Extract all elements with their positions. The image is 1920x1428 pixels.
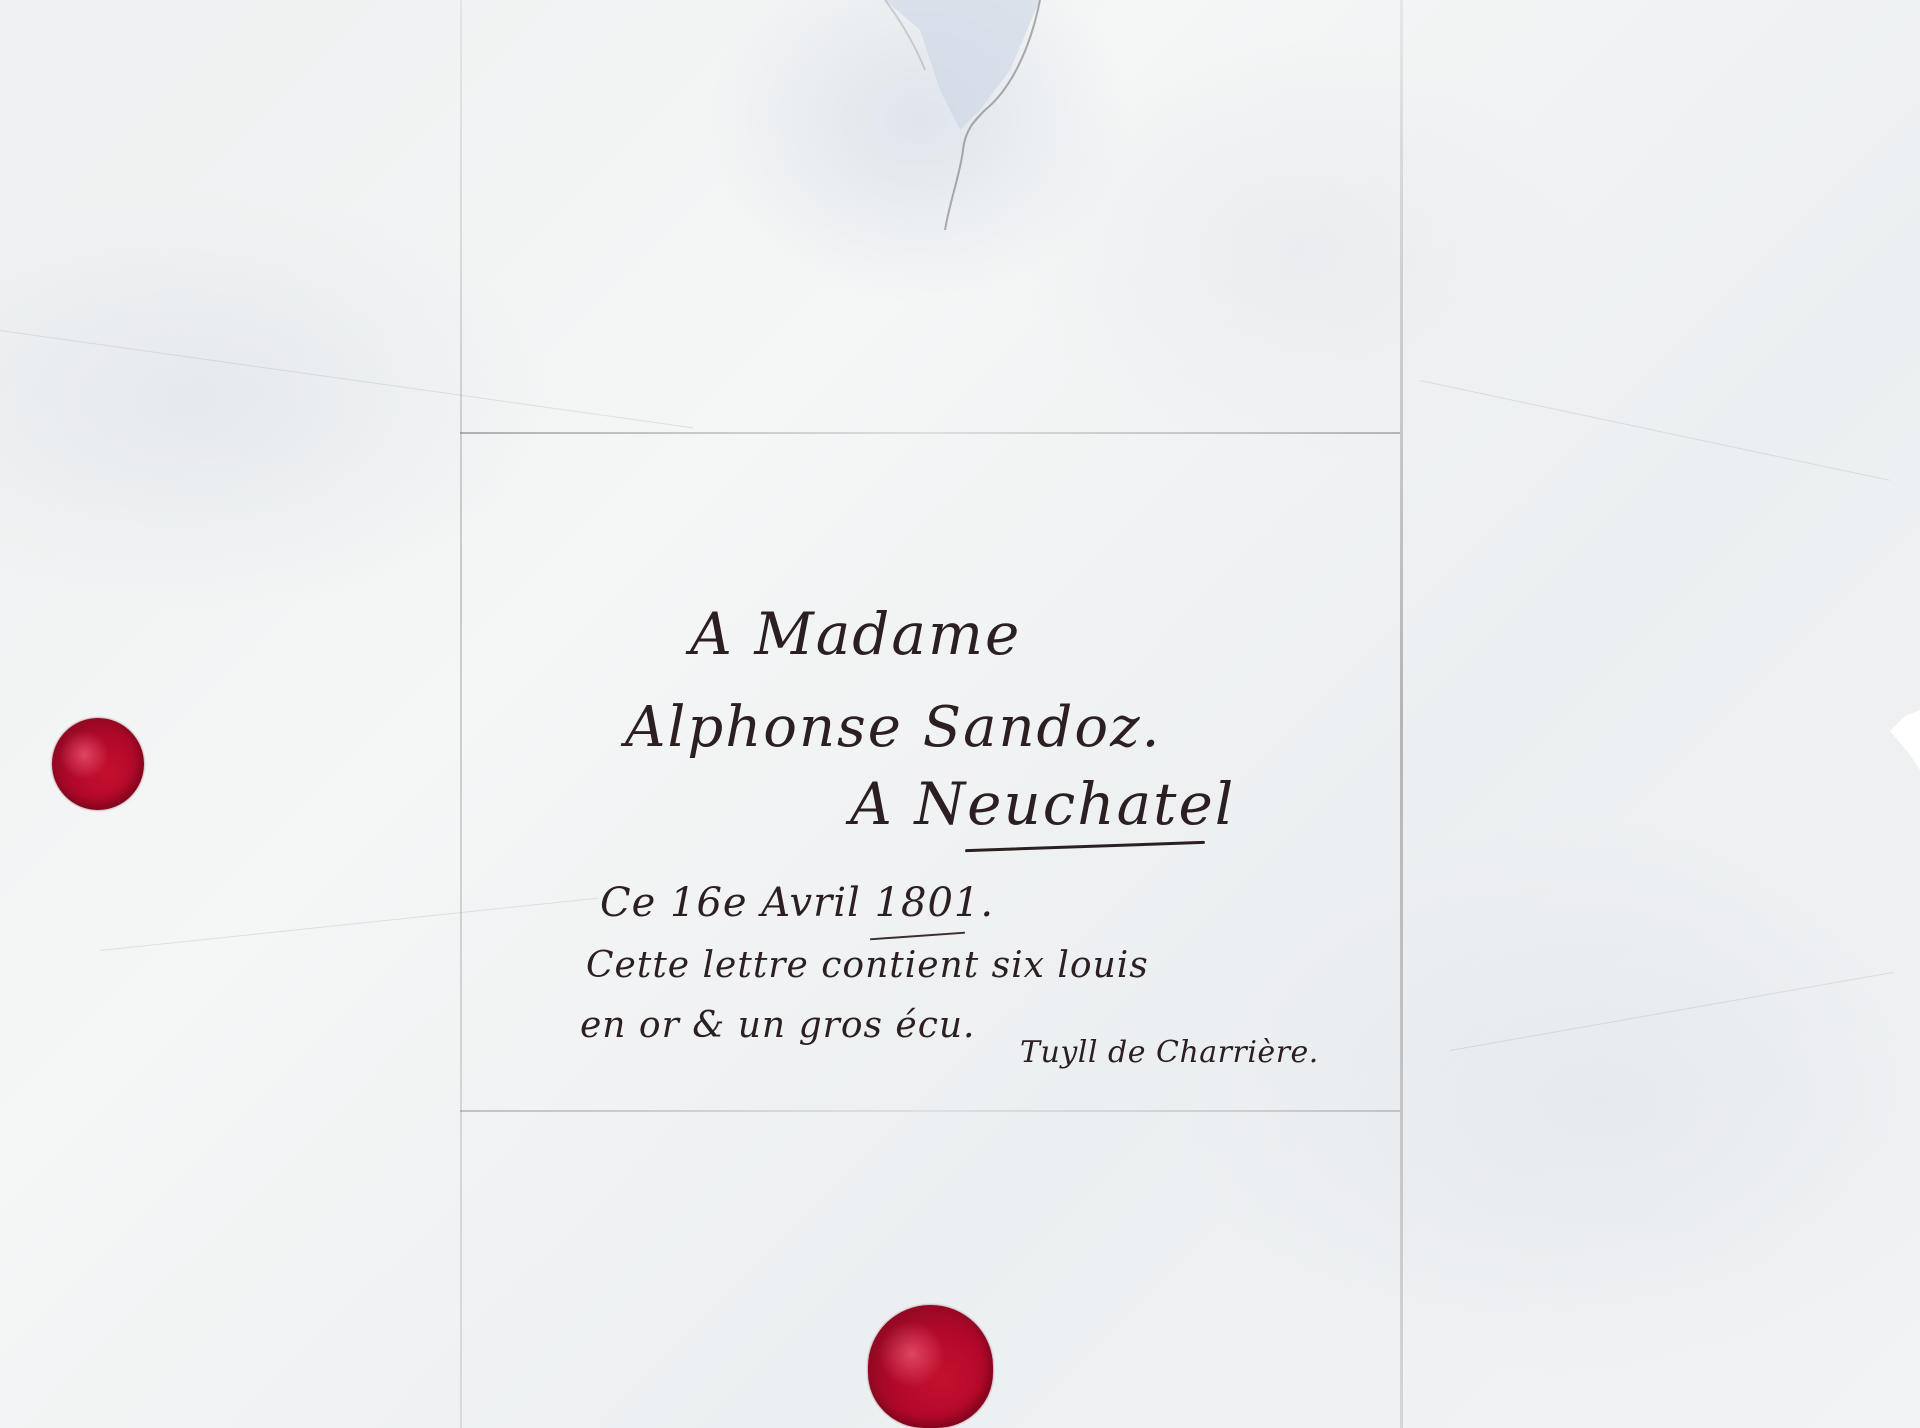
paper-crease xyxy=(1450,972,1893,1051)
paper-crease xyxy=(1420,380,1890,481)
paper-crease xyxy=(0,330,693,428)
letter-date: Ce 16e Avril 1801. xyxy=(600,880,994,926)
paper-tear xyxy=(880,0,1050,230)
letter-sheet: A Madame Alphonse Sandoz. A Neuchatel Ce… xyxy=(0,0,1920,1428)
contents-note-line-2: en or & un gros écu. xyxy=(580,1005,976,1046)
wax-seal-bottom xyxy=(868,1305,993,1428)
contents-note-line-1: Cette lettre contient six louis xyxy=(586,945,1149,986)
address-line-recipient-title: A Madame xyxy=(690,600,1021,668)
horizontal-fold-bottom xyxy=(460,1110,1400,1112)
signature: Tuyll de Charrière. xyxy=(1020,1035,1319,1070)
address-line-recipient-name: Alphonse Sandoz. xyxy=(625,695,1161,760)
paper-notch xyxy=(1890,710,1920,770)
wax-seal-left xyxy=(52,718,144,810)
date-rule xyxy=(870,932,965,941)
city-underline xyxy=(965,841,1205,852)
address-line-city: A Neuchatel xyxy=(850,770,1235,838)
vertical-fold-left xyxy=(460,0,462,1428)
horizontal-fold-top xyxy=(460,432,1400,434)
vertical-fold-right xyxy=(1400,0,1403,1428)
paper-crease xyxy=(100,898,597,951)
